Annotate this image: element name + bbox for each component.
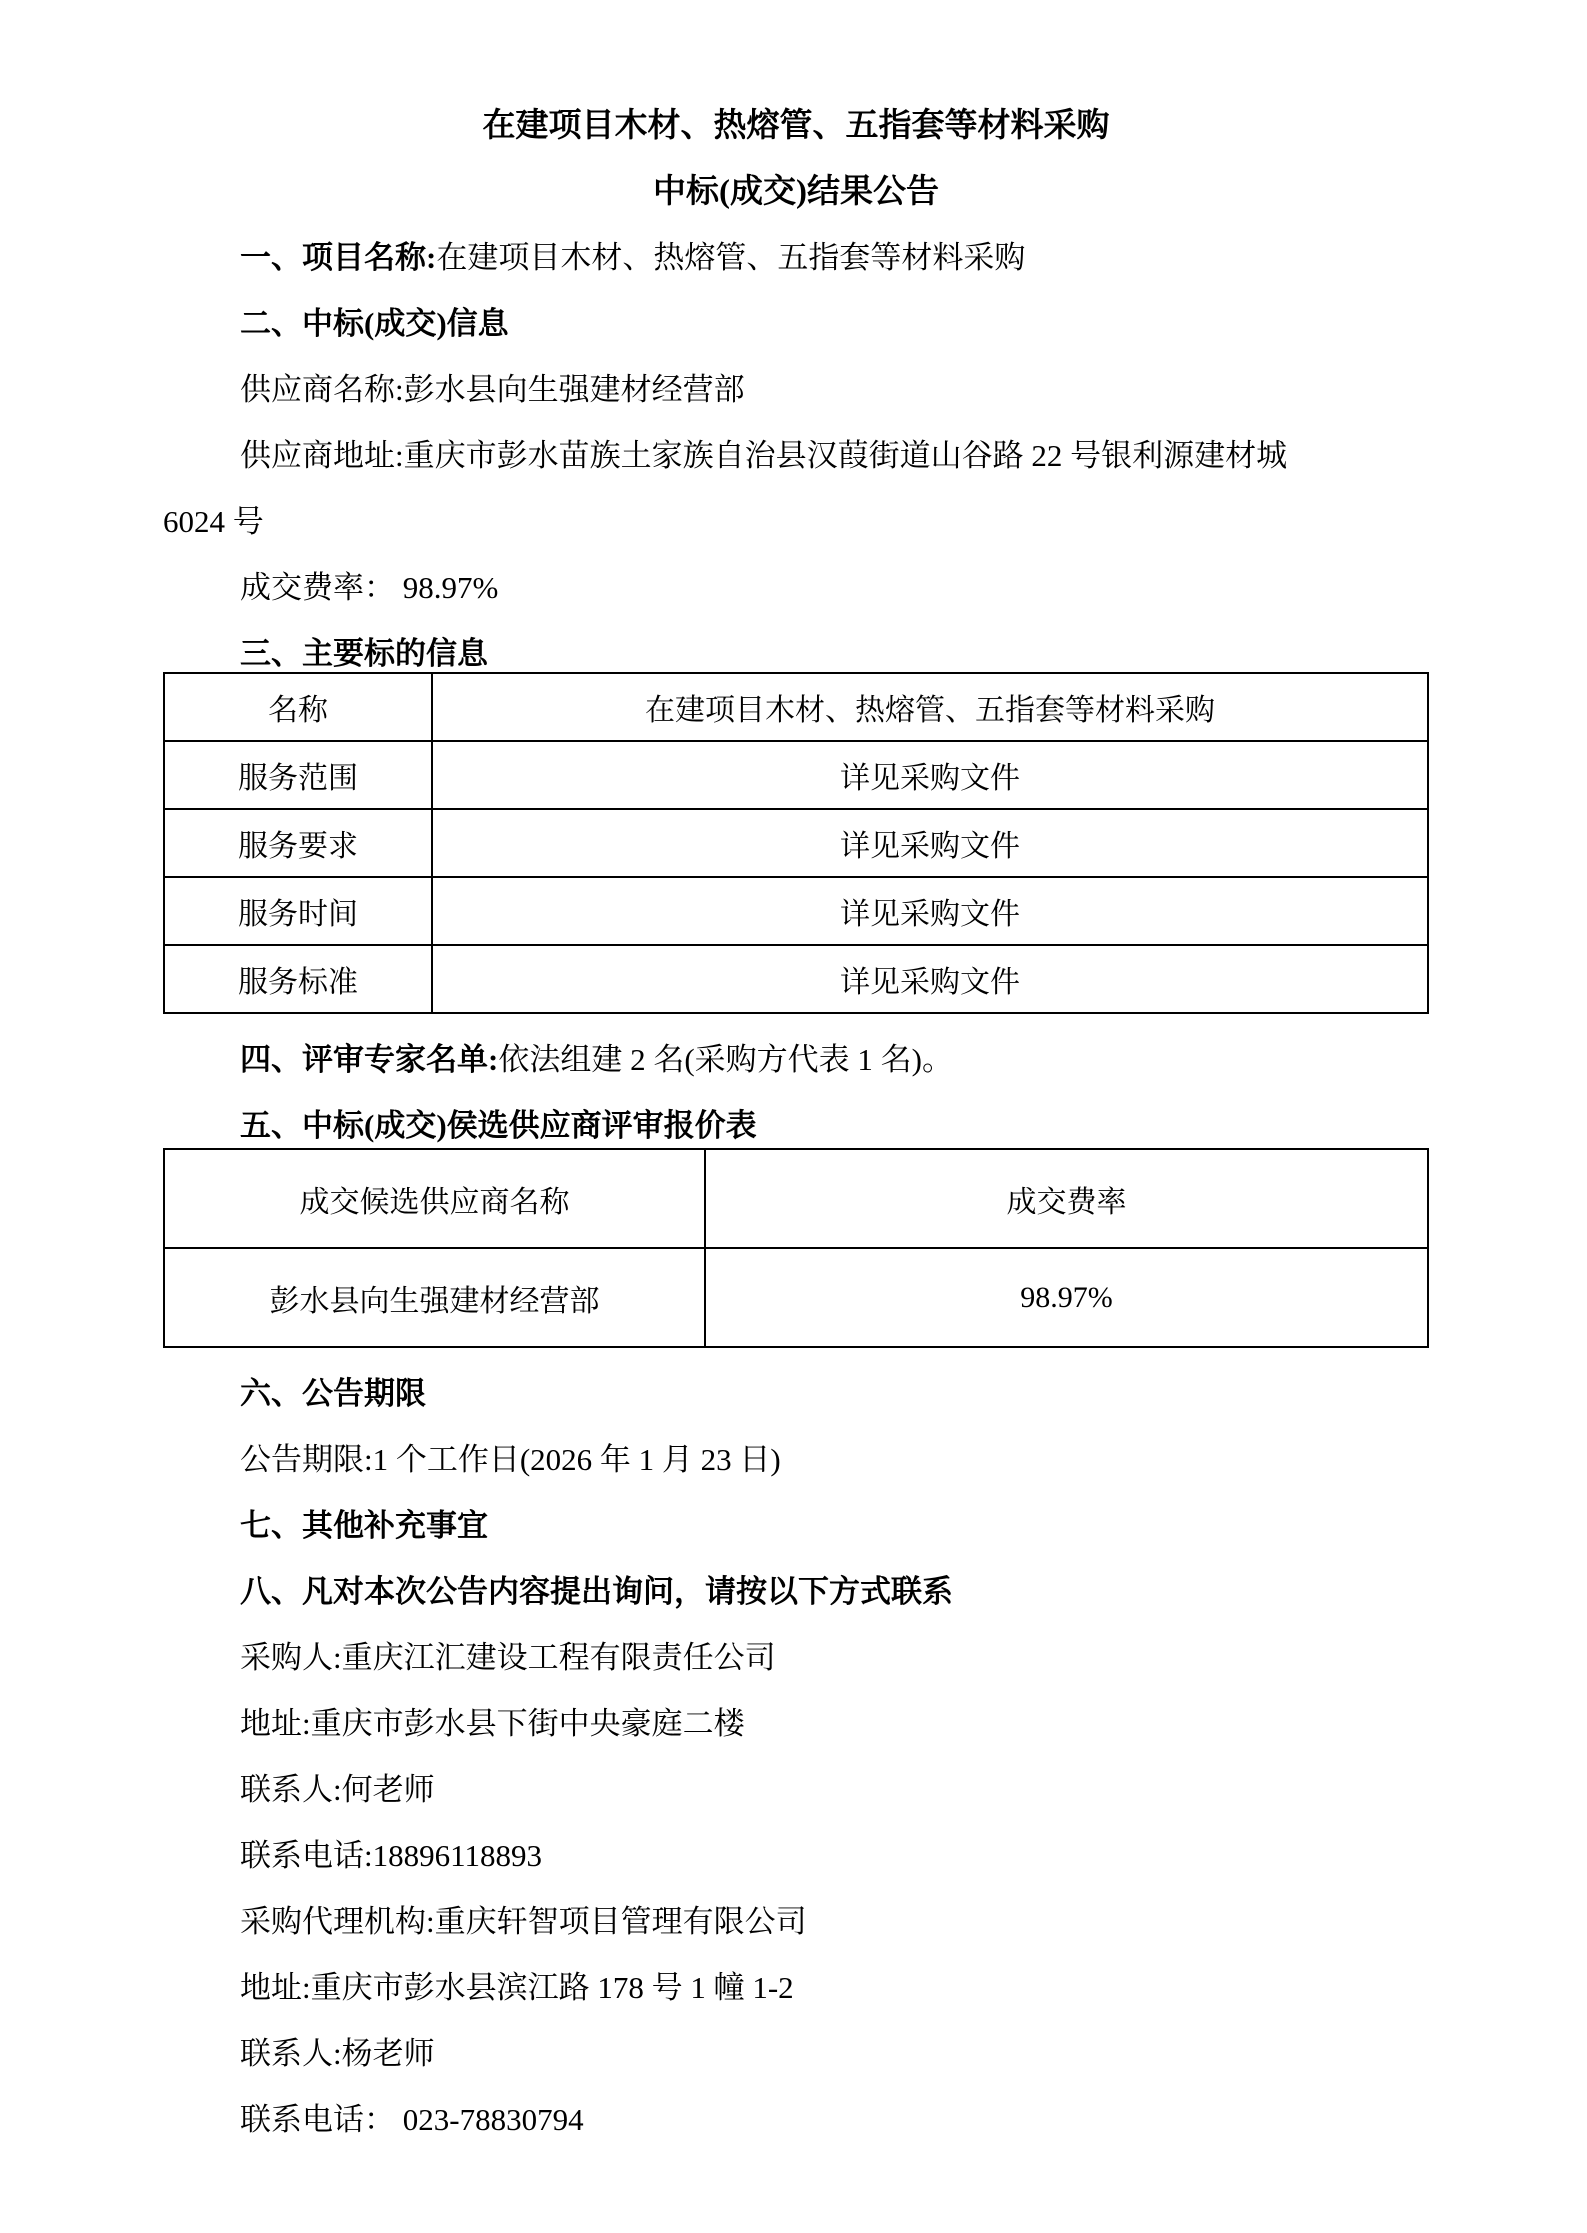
- purchaser-address-line: 地址:重庆市彭水县下街中央豪庭二楼: [163, 1687, 1429, 1753]
- section-1-value: 在建项目木材、热熔管、五指套等材料采购: [436, 232, 1025, 277]
- table-row: 服务范围 详见采购文件: [164, 741, 1428, 809]
- section-6-heading: 六、公告期限: [163, 1357, 1429, 1423]
- section-8-heading: 八、凡对本次公告内容提出询问，请按以下方式联系: [163, 1555, 1429, 1621]
- section-4-label: 四、评审专家名单:: [240, 1034, 498, 1079]
- deal-rate-cell: 98.97%: [705, 1248, 1428, 1347]
- supplier-address-line1: 供应商地址:重庆市彭水苗族土家族自治县汉葭街道山谷路 22 号银利源建材城: [163, 419, 1429, 485]
- subject-name-value: 在建项目木材、热熔管、五指套等材料采购: [432, 673, 1428, 741]
- doc-title: 在建项目木材、热熔管、五指套等材料采购: [163, 89, 1429, 155]
- candidate-supplier-table: 成交候选供应商名称 成交费率 彭水县向生强建材经营部 98.97%: [163, 1148, 1429, 1348]
- supplier-name-line: 供应商名称:彭水县向生强建材经营部: [163, 353, 1429, 419]
- section-5-heading: 五、中标(成交)侯选供应商评审报价表: [163, 1089, 1429, 1155]
- candidate-name-header: 成交候选供应商名称: [164, 1149, 705, 1248]
- doc-subtitle: 中标(成交)结果公告: [163, 155, 1429, 221]
- purchaser-contact-person-line: 联系人:何老师: [163, 1753, 1429, 1819]
- section-4-expert-list: 四、评审专家名单:依法组建 2 名(采购方代表 1 名)。: [163, 1023, 1429, 1089]
- service-standard-label: 服务标准: [164, 945, 432, 1013]
- table-row: 服务标准 详见采购文件: [164, 945, 1428, 1013]
- table-row: 名称 在建项目木材、热熔管、五指套等材料采购: [164, 673, 1428, 741]
- agency-line: 采购代理机构:重庆轩智项目管理有限公司: [163, 1885, 1429, 1951]
- section-4-value: 依法组建 2 名(采购方代表 1 名)。: [498, 1034, 953, 1079]
- table-row: 服务要求 详见采购文件: [164, 809, 1428, 877]
- table-row: 服务时间 详见采购文件: [164, 877, 1428, 945]
- subject-name-label: 名称: [164, 673, 432, 741]
- service-standard-value: 详见采购文件: [432, 945, 1428, 1013]
- table-header-row: 成交候选供应商名称 成交费率: [164, 1149, 1428, 1248]
- section-1-project-name: 一、项目名称:在建项目木材、热熔管、五指套等材料采购: [163, 221, 1429, 287]
- service-scope-label: 服务范围: [164, 741, 432, 809]
- supplier-address-line2: 6024 号: [163, 485, 1429, 551]
- purchaser-line: 采购人:重庆江汇建设工程有限责任公司: [163, 1621, 1429, 1687]
- section-7-heading: 七、其他补充事宜: [163, 1489, 1429, 1555]
- subject-info-table: 名称 在建项目木材、热熔管、五指套等材料采购 服务范围 详见采购文件 服务要求 …: [163, 672, 1429, 1014]
- deal-rate-header: 成交费率: [705, 1149, 1428, 1248]
- service-requirement-value: 详见采购文件: [432, 809, 1428, 877]
- service-time-value: 详见采购文件: [432, 877, 1428, 945]
- service-requirement-label: 服务要求: [164, 809, 432, 877]
- agency-address-line: 地址:重庆市彭水县滨江路 178 号 1 幢 1-2: [163, 1951, 1429, 2017]
- table-row: 彭水县向生强建材经营部 98.97%: [164, 1248, 1428, 1347]
- notice-period-line: 公告期限:1 个工作日(2026 年 1 月 23 日): [163, 1423, 1429, 1489]
- section-1-label: 一、项目名称:: [240, 232, 436, 277]
- deal-rate-line: 成交费率： 98.97%: [163, 551, 1429, 617]
- service-scope-value: 详见采购文件: [432, 741, 1428, 809]
- agency-contact-person-line: 联系人:杨老师: [163, 2017, 1429, 2083]
- service-time-label: 服务时间: [164, 877, 432, 945]
- agency-phone-line: 联系电话： 023-78830794: [163, 2083, 1429, 2149]
- candidate-name-cell: 彭水县向生强建材经营部: [164, 1248, 705, 1347]
- section-2-heading: 二、中标(成交)信息: [163, 287, 1429, 353]
- purchaser-phone-line: 联系电话:18896118893: [163, 1819, 1429, 1885]
- document-page: 在建项目木材、热熔管、五指套等材料采购 中标(成交)结果公告 一、项目名称:在建…: [0, 0, 1587, 2233]
